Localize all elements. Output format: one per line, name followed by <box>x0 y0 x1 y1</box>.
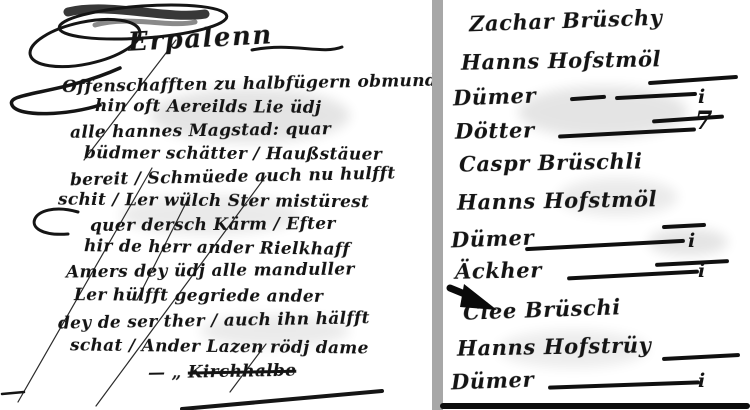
entry-label: Dötter <box>455 117 535 143</box>
entry-value: 7 <box>695 106 712 135</box>
manuscript-line: alle hannes Magstad: quar <box>70 119 331 143</box>
right-page-scan: Zachar Brüschy Hanns Hofstmöl Dümer Dött… <box>443 0 750 410</box>
manuscript-line: hir de herr ander Rielkhaff <box>84 236 350 260</box>
manuscript-line: Offenschafften zu halbfügern obmund <box>62 71 432 98</box>
manuscript-heading: Erpalenn <box>127 20 273 58</box>
entry-dash <box>567 270 699 280</box>
manuscript-line: Amers dey üdj alle manduller <box>66 259 355 282</box>
page-divider <box>432 0 443 410</box>
entry-label: Hanns Hofstmöl <box>461 46 662 74</box>
entry-label: Caspr Brüschli <box>459 148 643 176</box>
manuscript-line: hin oft Aereilds Lie üdj <box>95 96 322 118</box>
entry-label: Hanns Hofstrüy <box>457 332 652 360</box>
entry-label: Dümer <box>451 367 535 395</box>
entry-dash <box>648 75 738 85</box>
left-page-scan: Erpalenn Offenschafften zu halbfügern ob… <box>0 0 432 410</box>
footer-prefix: — „ <box>148 363 182 384</box>
manuscript-scan: Erpalenn Offenschafften zu halbfügern ob… <box>0 0 750 410</box>
entry-dash <box>662 353 740 361</box>
entry-label: Hanns Hofstmöl <box>457 186 658 214</box>
entry-label: Zachar Brüschy <box>469 5 663 37</box>
entry-value: i <box>698 260 705 282</box>
entry-dash <box>655 259 729 266</box>
entry-value: i <box>698 370 705 392</box>
manuscript-line: büdmer schätter / Haußstäuer <box>84 143 382 165</box>
entry-label: Dümer <box>451 225 535 253</box>
footer-struck-word: Kirchhalbe <box>188 361 297 383</box>
manuscript-line: schat / Ander Lazen rödj dame <box>70 335 369 358</box>
manuscript-footer-line: — „ Kirchhalbe <box>148 361 297 384</box>
scan-edge-bottom <box>440 403 750 409</box>
entry-label: Clee Brüschi <box>463 294 622 324</box>
entry-label: Äckher <box>455 257 542 284</box>
manuscript-line: schit / Ler wülch Ster mistürest <box>58 190 369 213</box>
manuscript-line: Ler hülfft gegriede ander <box>74 285 323 307</box>
entry-value: i <box>698 86 705 108</box>
manuscript-line: quer dersch Kärm / Efter <box>90 214 336 236</box>
entry-value: i <box>688 230 695 252</box>
manuscript-line: bereit / Schmüede auch nu hulfft <box>70 164 396 191</box>
entry-label: Dümer <box>453 83 537 111</box>
entry-dash <box>548 380 700 389</box>
